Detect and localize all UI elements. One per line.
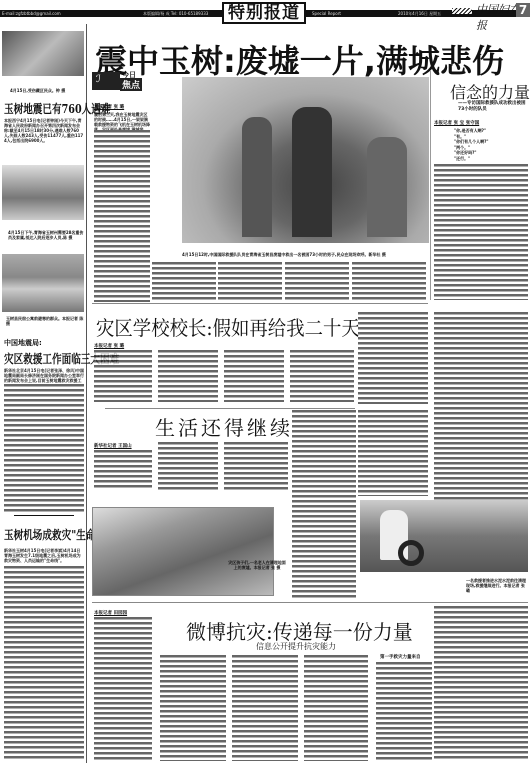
weibo-body-col-3 (232, 655, 298, 761)
left-story-1-text: 本报西宁4月15日电(记者钟刚)今天下午,青海省人民政府新闻办召开第四次新闻发布… (4, 118, 84, 160)
right-story-title: 信念的力量 (450, 80, 530, 103)
right-story-dialogue: "你,是否有人啊?" "有。" "你们有几个人啊?" "两个。" "你还好吗?"… (454, 128, 489, 161)
right-story-byline: 本报记者 张 宝 张守国 (434, 120, 479, 126)
focus-byline: 本报记者 张 璐 (94, 104, 124, 110)
left-photo-2 (2, 165, 84, 220)
weibo-subhead: 第一手救灾力量来自 (380, 654, 421, 660)
school-story-title: 灾区学校校长:假如再给我二十天 (96, 312, 360, 341)
right-photo-2 (360, 500, 528, 572)
weibo-subtitle: 信息公开提升抗灾能力 (256, 641, 336, 652)
school-body-col-1 (94, 350, 152, 402)
focus-body (94, 130, 150, 302)
main-photo (182, 77, 429, 243)
hatch-decoration (452, 8, 472, 14)
main-body-col-3 (218, 262, 282, 300)
left-story-3-text: 新华社玉树4月15日电(记者李斌)4月14日青海玉树发生7.1级地震之后,玉树机… (4, 548, 84, 566)
rescuer-figure (242, 117, 272, 237)
left-story-2-text: 新华社北京4月15日电(记者张泽、徐风)中国地震局副局长修济刚在国务院新闻办公室… (4, 368, 84, 383)
focus-logo-block: ℐ (92, 72, 120, 90)
school-story-byline: 本报记者 张 璐 (94, 343, 124, 349)
masthead-editor: 本版编辑/杨 成 Tel: 010-65189333 (143, 10, 208, 17)
left-photo-2-caption: 4月15日下午,青海省玉树州需要28名重伤员及家属,抵达入院后逐步人员,陈 摄 (8, 230, 84, 250)
right-divider (430, 70, 431, 300)
wheel-shape (398, 540, 424, 566)
life-story-byline: 新华社记者 王国山 (94, 443, 132, 449)
page-number: 7 (516, 3, 530, 17)
rescuer-figure (367, 137, 407, 237)
main-body-col-2 (152, 262, 216, 300)
left-photo-3-caption: 玉树县民宿公寓前避寒的群众。本报记者 陈 摄 (6, 316, 84, 328)
life-story-title: 生活还得继续 (155, 412, 293, 441)
life-photo-caption: 灾区孩子们,一名老人在清理地面上的废墟。本报记者 张 摄 (228, 560, 286, 588)
weibo-body-col-2 (160, 655, 226, 761)
masthead-section-en: Special Report (312, 10, 341, 17)
masthead-date: 2010年4月16日 星期五 (398, 10, 441, 17)
right-photo-2-caption: 一名救援者推进水泥水泥前往清理现场,救援继续进行。本报记者 张 璐 (466, 578, 528, 596)
school-body-col-5 (358, 312, 428, 404)
right-lower-body (434, 312, 528, 532)
main-headline: 震中玉树:废墟一片,满城悲伤 (95, 36, 504, 82)
weibo-body-col-6 (434, 606, 528, 761)
section-divider (92, 602, 528, 603)
left-photo-3 (2, 254, 84, 312)
right-story-body (434, 164, 528, 300)
left-photo-1-caption: 4月15日,受伤藏区民众。钟 摄 (10, 88, 84, 93)
dialogue-line: "你们有几个人啊?" (454, 139, 489, 145)
section-title: 特别报道 (222, 2, 306, 24)
life-body-col-2 (158, 442, 218, 490)
survivor-figure (292, 107, 332, 237)
focus-label-bottom: 焦点 (120, 78, 142, 91)
dialogue-line: "你,是否有人啊?" (454, 128, 489, 134)
main-body-col-4 (285, 262, 349, 300)
life-body-col-1 (94, 450, 152, 490)
dialogue-line: "还行。" (454, 156, 489, 162)
school-body-col-3 (224, 350, 284, 402)
main-photo-caption: 4月15日12时,中国国际救援队队员在青海省玉树县废墟中救出一名被困73小时的男… (182, 252, 429, 257)
main-body-col-5 (352, 262, 426, 300)
life-body-col-5 (358, 410, 428, 496)
left-photo-1 (2, 31, 84, 76)
masthead-email: E-mail:zgfzbtbbd@gmail.com (2, 10, 61, 17)
right-story-subtitle: ——专访国际救援队成功救出被困73小时的队员 (458, 101, 528, 113)
weibo-byline: 本报记者 田园园 (94, 610, 127, 616)
school-body-col-4 (290, 350, 354, 402)
school-body-col-2 (158, 350, 218, 402)
left-story-2-body (4, 384, 84, 514)
focus-text: 震后第三天,我在玉树地震灾区的时候……4月15日,一架架满载救援物资的飞机在玉树… (94, 112, 150, 130)
column-divider (86, 24, 87, 763)
left-story-2-kicker: 中国地震局: (4, 338, 42, 348)
life-body-col-4 (292, 410, 356, 600)
life-body-col-3 (224, 442, 288, 490)
weibo-body-col-4 (304, 655, 368, 761)
focus-logo-glyph: ℐ (92, 72, 120, 87)
left-story-3-body (4, 566, 84, 761)
weibo-body-col-5 (376, 662, 432, 761)
weibo-body-col-1 (94, 617, 152, 761)
left-divider (14, 515, 74, 516)
section-divider (105, 408, 355, 409)
section-divider (92, 303, 428, 304)
